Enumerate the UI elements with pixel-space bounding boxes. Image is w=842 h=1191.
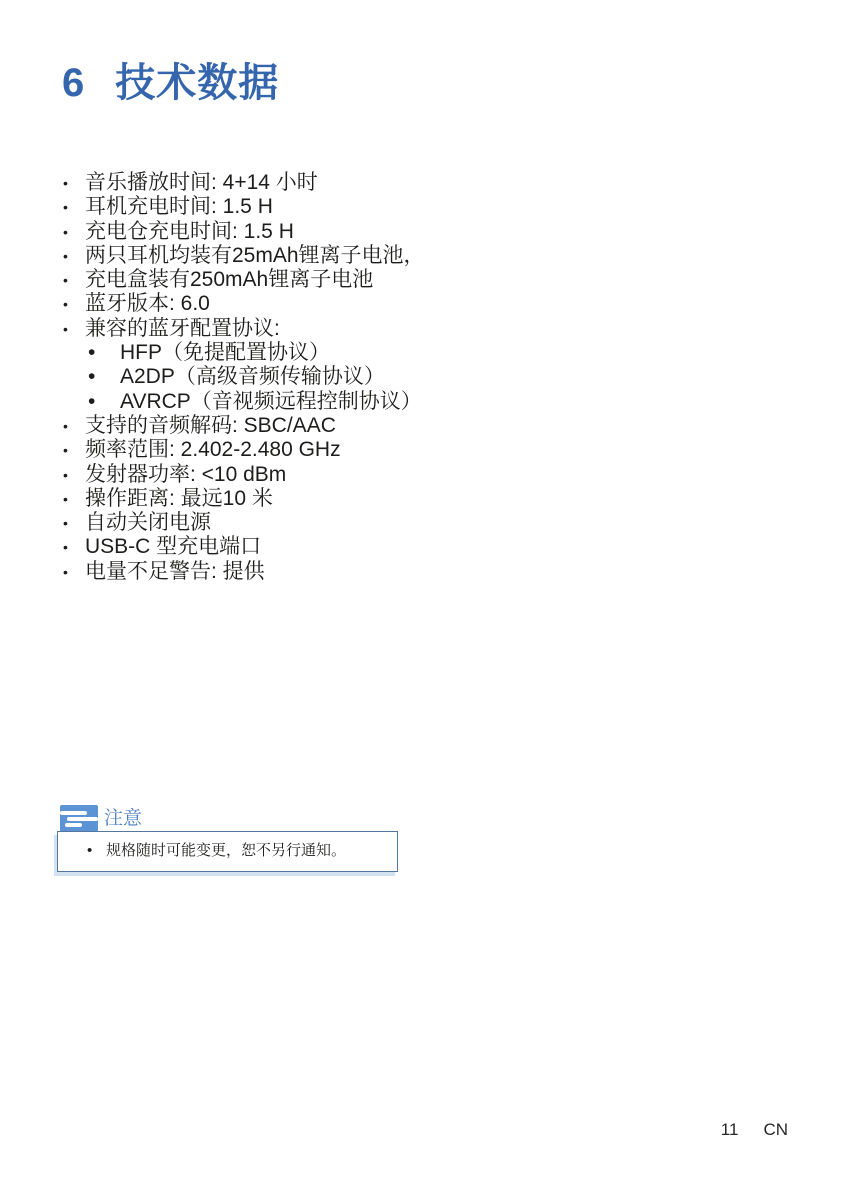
spec-list: 音乐播放时间: 4+14 小时 耳机充电时间: 1.5 H 充电仓充电时间: 1… <box>62 171 772 584</box>
page-title: 技术数据 <box>115 60 279 106</box>
note-icon-bar <box>65 823 82 827</box>
bluetooth-profile-item: A2DP（高级音频传输协议） <box>88 365 772 389</box>
spec-item: 两只耳机均装有25mAh锂离子电池， <box>62 244 772 268</box>
spec-item: 自动关闭电源 <box>62 511 772 535</box>
spec-item: 音乐播放时间: 4+14 小时 <box>62 171 772 195</box>
note-label: 注意 <box>104 806 142 832</box>
manual-page: 6 技术数据 音乐播放时间: 4+14 小时 耳机充电时间: 1.5 H 充电仓… <box>0 0 842 1191</box>
note-list: 规格随时可能变更，恕不另行通知。 <box>58 832 397 870</box>
spec-item: 操作距离: 最远10 米 <box>62 487 772 511</box>
spec-item: 充电盒装有250mAh锂离子电池 <box>62 268 772 292</box>
spec-item: USB-C 型充电端口 <box>62 535 772 559</box>
bluetooth-profile-item: HFP（免提配置协议） <box>88 341 772 365</box>
spec-item: 支持的音频解码: SBC/AAC <box>62 414 772 438</box>
spec-item: 电量不足警告: 提供 <box>62 560 772 584</box>
note-box: 规格随时可能变更，恕不另行通知。 <box>57 831 398 872</box>
spec-item: 耳机充电时间: 1.5 H <box>62 195 772 219</box>
note-icon-bar <box>67 817 98 821</box>
chapter-heading: 6 技术数据 <box>62 60 279 106</box>
page-footer: 11 CN <box>721 1120 788 1140</box>
note-item: 规格随时可能变更，恕不另行通知。 <box>58 832 397 870</box>
bluetooth-profile-list: HFP（免提配置协议） A2DP（高级音频传输协议） AVRCP（音视频远程控制… <box>88 341 772 414</box>
spec-item: 蓝牙版本: 6.0 <box>62 292 772 316</box>
spec-item: 发射器功率: <10 dBm <box>62 463 772 487</box>
spec-item: 频率范围: 2.402-2.480 GHz <box>62 438 772 462</box>
note-icon-bar <box>60 811 87 815</box>
spec-item-label: 兼容的蓝牙配置协议: <box>85 317 280 340</box>
spec-item: 兼容的蓝牙配置协议: HFP（免提配置协议） A2DP（高级音频传输协议） AV… <box>62 317 772 414</box>
language-code: CN <box>763 1120 788 1140</box>
spec-item: 充电仓充电时间: 1.5 H <box>62 220 772 244</box>
note-list-icon <box>60 805 98 832</box>
chapter-number: 6 <box>62 60 85 106</box>
page-number: 11 <box>721 1120 739 1140</box>
bluetooth-profile-item: AVRCP（音视频远程控制协议） <box>88 390 772 414</box>
